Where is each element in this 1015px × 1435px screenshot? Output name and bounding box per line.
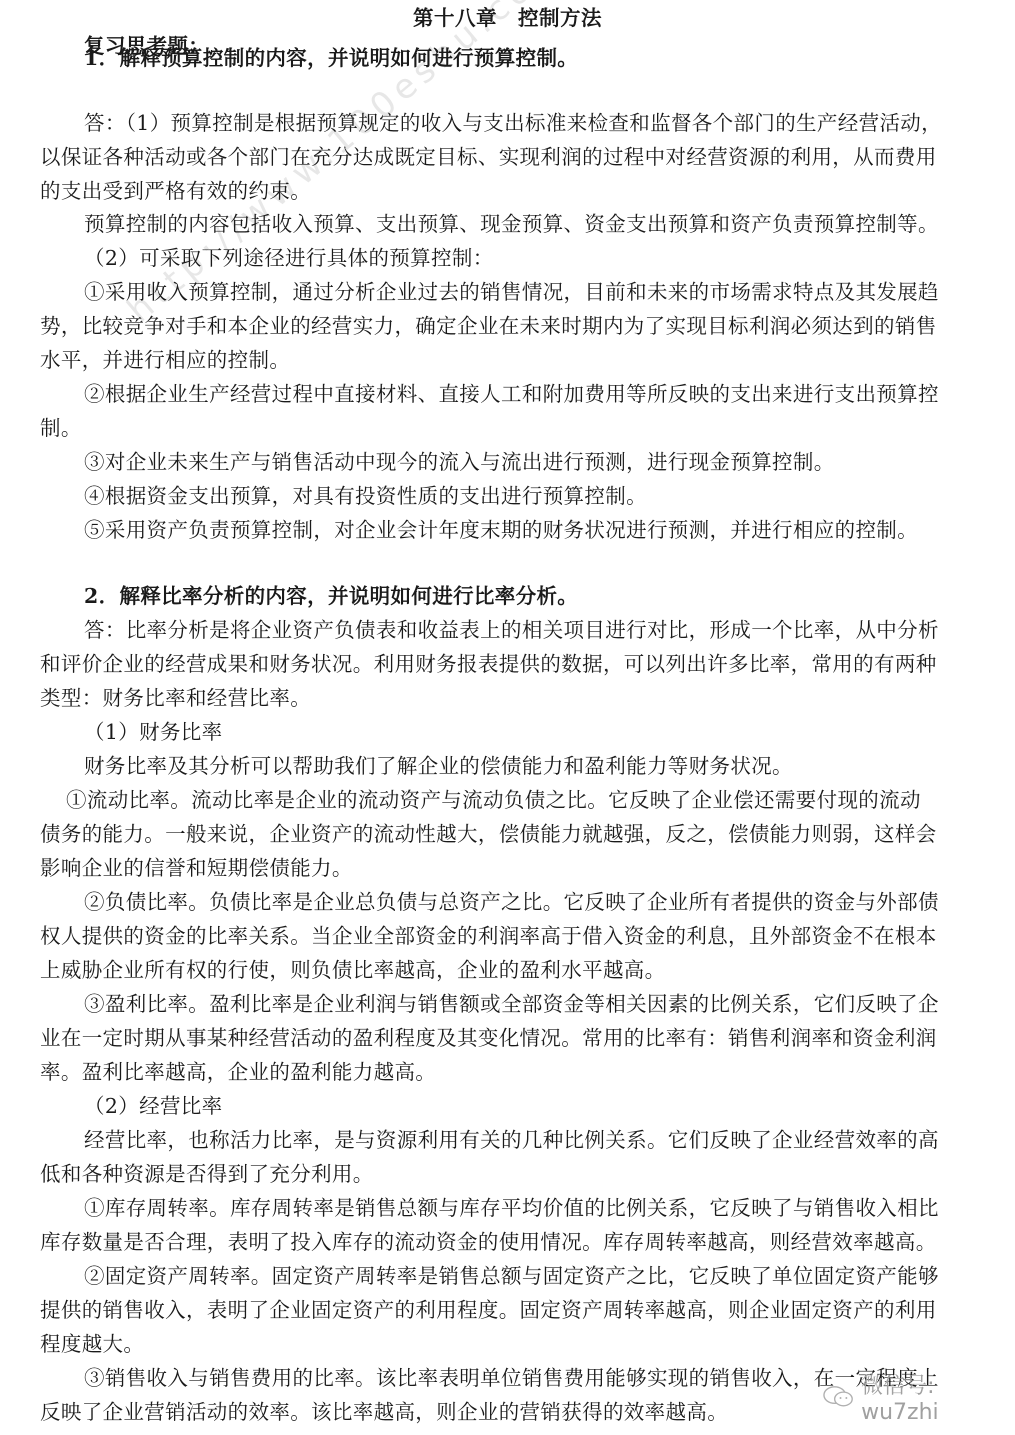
document-page: http://www.100eshu.com 第十八章 控制方法 复习思考题： …: [0, 0, 1015, 1435]
paragraph-line: ②固定资产周转率。固定资产周转率是销售总额与固定资产之比，它反映了单位固定资产能…: [84, 1264, 1015, 1288]
wechat-icon: [822, 1384, 855, 1410]
paragraph-line: 答：（1）预算控制是根据预算规定的收入与支出标准来检查和监督各个部门的生产经营活…: [84, 111, 1015, 135]
paragraph-line: 库存数量是否合理，表明了投入库存的流动资金的使用情况。库存周转率越高，则经营效率…: [40, 1230, 1015, 1254]
paragraph-line: 低和各种资源是否得到了充分利用。: [40, 1162, 1015, 1186]
chapter-title: 第十八章 控制方法: [0, 6, 1015, 30]
paragraph-line: ②根据企业生产经营过程中直接材料、直接人工和附加费用等所反映的支出来进行支出预算…: [84, 382, 1015, 406]
wechat-id-label: 微信号: wu7zhi: [861, 1369, 1015, 1425]
paragraph-line: ④根据资金支出预算，对具有投资性质的支出进行预算控制。: [84, 484, 1015, 508]
question-heading: 1．解释预算控制的内容，并说明如何进行预算控制。: [84, 46, 1015, 70]
wechat-badge: 微信号: wu7zhi: [822, 1382, 1015, 1412]
paragraph-line: 答：比率分析是将企业资产负债表和收益表上的相关项目进行对比，形成一个比率，从中分…: [84, 618, 1015, 642]
paragraph-line: ③对企业未来生产与销售活动中现今的流入与流出进行预测，进行现金预算控制。: [84, 450, 1015, 474]
paragraph-line: ②负债比率。负债比率是企业总负债与总资产之比。它反映了企业所有者提供的资金与外部…: [84, 890, 1015, 914]
paragraph-line: 财务比率及其分析可以帮助我们了解企业的偿债能力和盈利能力等财务状况。: [84, 754, 1015, 778]
paragraph-line: 类型：财务比率和经营比率。: [40, 686, 1015, 710]
paragraph-line: 影响企业的信誉和短期偿债能力。: [40, 856, 1015, 880]
paragraph-line: （2）经营比率: [84, 1094, 1015, 1118]
question-heading: 2．解释比率分析的内容，并说明如何进行比率分析。: [84, 584, 1015, 608]
paragraph-line: 水平，并进行相应的控制。: [40, 348, 1015, 372]
paragraph-line: 提供的销售收入，表明了企业固定资产的利用程度。固定资产周转率越高，则企业固定资产…: [40, 1298, 1015, 1322]
paragraph-line: ⑤采用资产负责预算控制，对企业会计年度末期的财务状况进行预测，并进行相应的控制。: [84, 518, 1015, 542]
paragraph-line: 经营比率，也称活力比率，是与资源利用有关的几种比例关系。它们反映了企业经营效率的…: [84, 1128, 1015, 1152]
paragraph-line: 制。: [40, 416, 1015, 440]
paragraph-line: （1）财务比率: [84, 720, 1015, 744]
paragraph-line: 率。盈利比率越高，企业的盈利能力越高。: [40, 1060, 1015, 1084]
paragraph-line: ①流动比率。流动比率是企业的流动资产与流动负债之比。它反映了企业偿还需要付现的流…: [66, 788, 1015, 812]
paragraph-line: 势，比较竞争对手和本企业的经营实力，确定企业在未来时期内为了实现目标利润必须达到…: [40, 314, 1015, 338]
paragraph-line: 的支出受到严格有效的约束。: [40, 179, 1015, 203]
paragraph-line: 权人提供的资金的比率关系。当企业全部资金的利润率高于借入资金的利息，且外部资金不…: [40, 924, 1015, 948]
paragraph-line: 以保证各种活动或各个部门在充分达成既定目标、实现利润的过程中对经营资源的利用，从…: [40, 145, 1015, 169]
paragraph-line: 债务的能力。一般来说，企业资产的流动性越大，偿债能力就越强，反之，偿债能力则弱，…: [40, 822, 1015, 846]
paragraph-line: 业在一定时期从事某种经营活动的盈利程度及其变化情况。常用的比率有：销售利润率和资…: [40, 1026, 1015, 1050]
paragraph-line: ③盈利比率。盈利比率是企业利润与销售额或全部资金等相关因素的比例关系，它们反映了…: [84, 992, 1015, 1016]
paragraph-line: 程度越大。: [40, 1332, 1015, 1356]
paragraph-line: （2）可采取下列途径进行具体的预算控制：: [84, 246, 1015, 270]
paragraph-line: 预算控制的内容包括收入预算、支出预算、现金预算、资金支出预算和资产负责预算控制等…: [84, 212, 1015, 236]
paragraph-line: ①库存周转率。库存周转率是销售总额与库存平均价值的比例关系，它反映了与销售收入相…: [84, 1196, 1015, 1220]
paragraph-line: 和评价企业的经营成果和财务状况。利用财务报表提供的数据，可以列出许多比率，常用的…: [40, 652, 1015, 676]
paragraph-line: ①采用收入预算控制，通过分析企业过去的销售情况，目前和未来的市场需求特点及其发展…: [84, 280, 1015, 304]
paragraph-line: 上威胁企业所有权的行使，则负债比率越高，企业的盈利水平越高。: [40, 958, 1015, 982]
